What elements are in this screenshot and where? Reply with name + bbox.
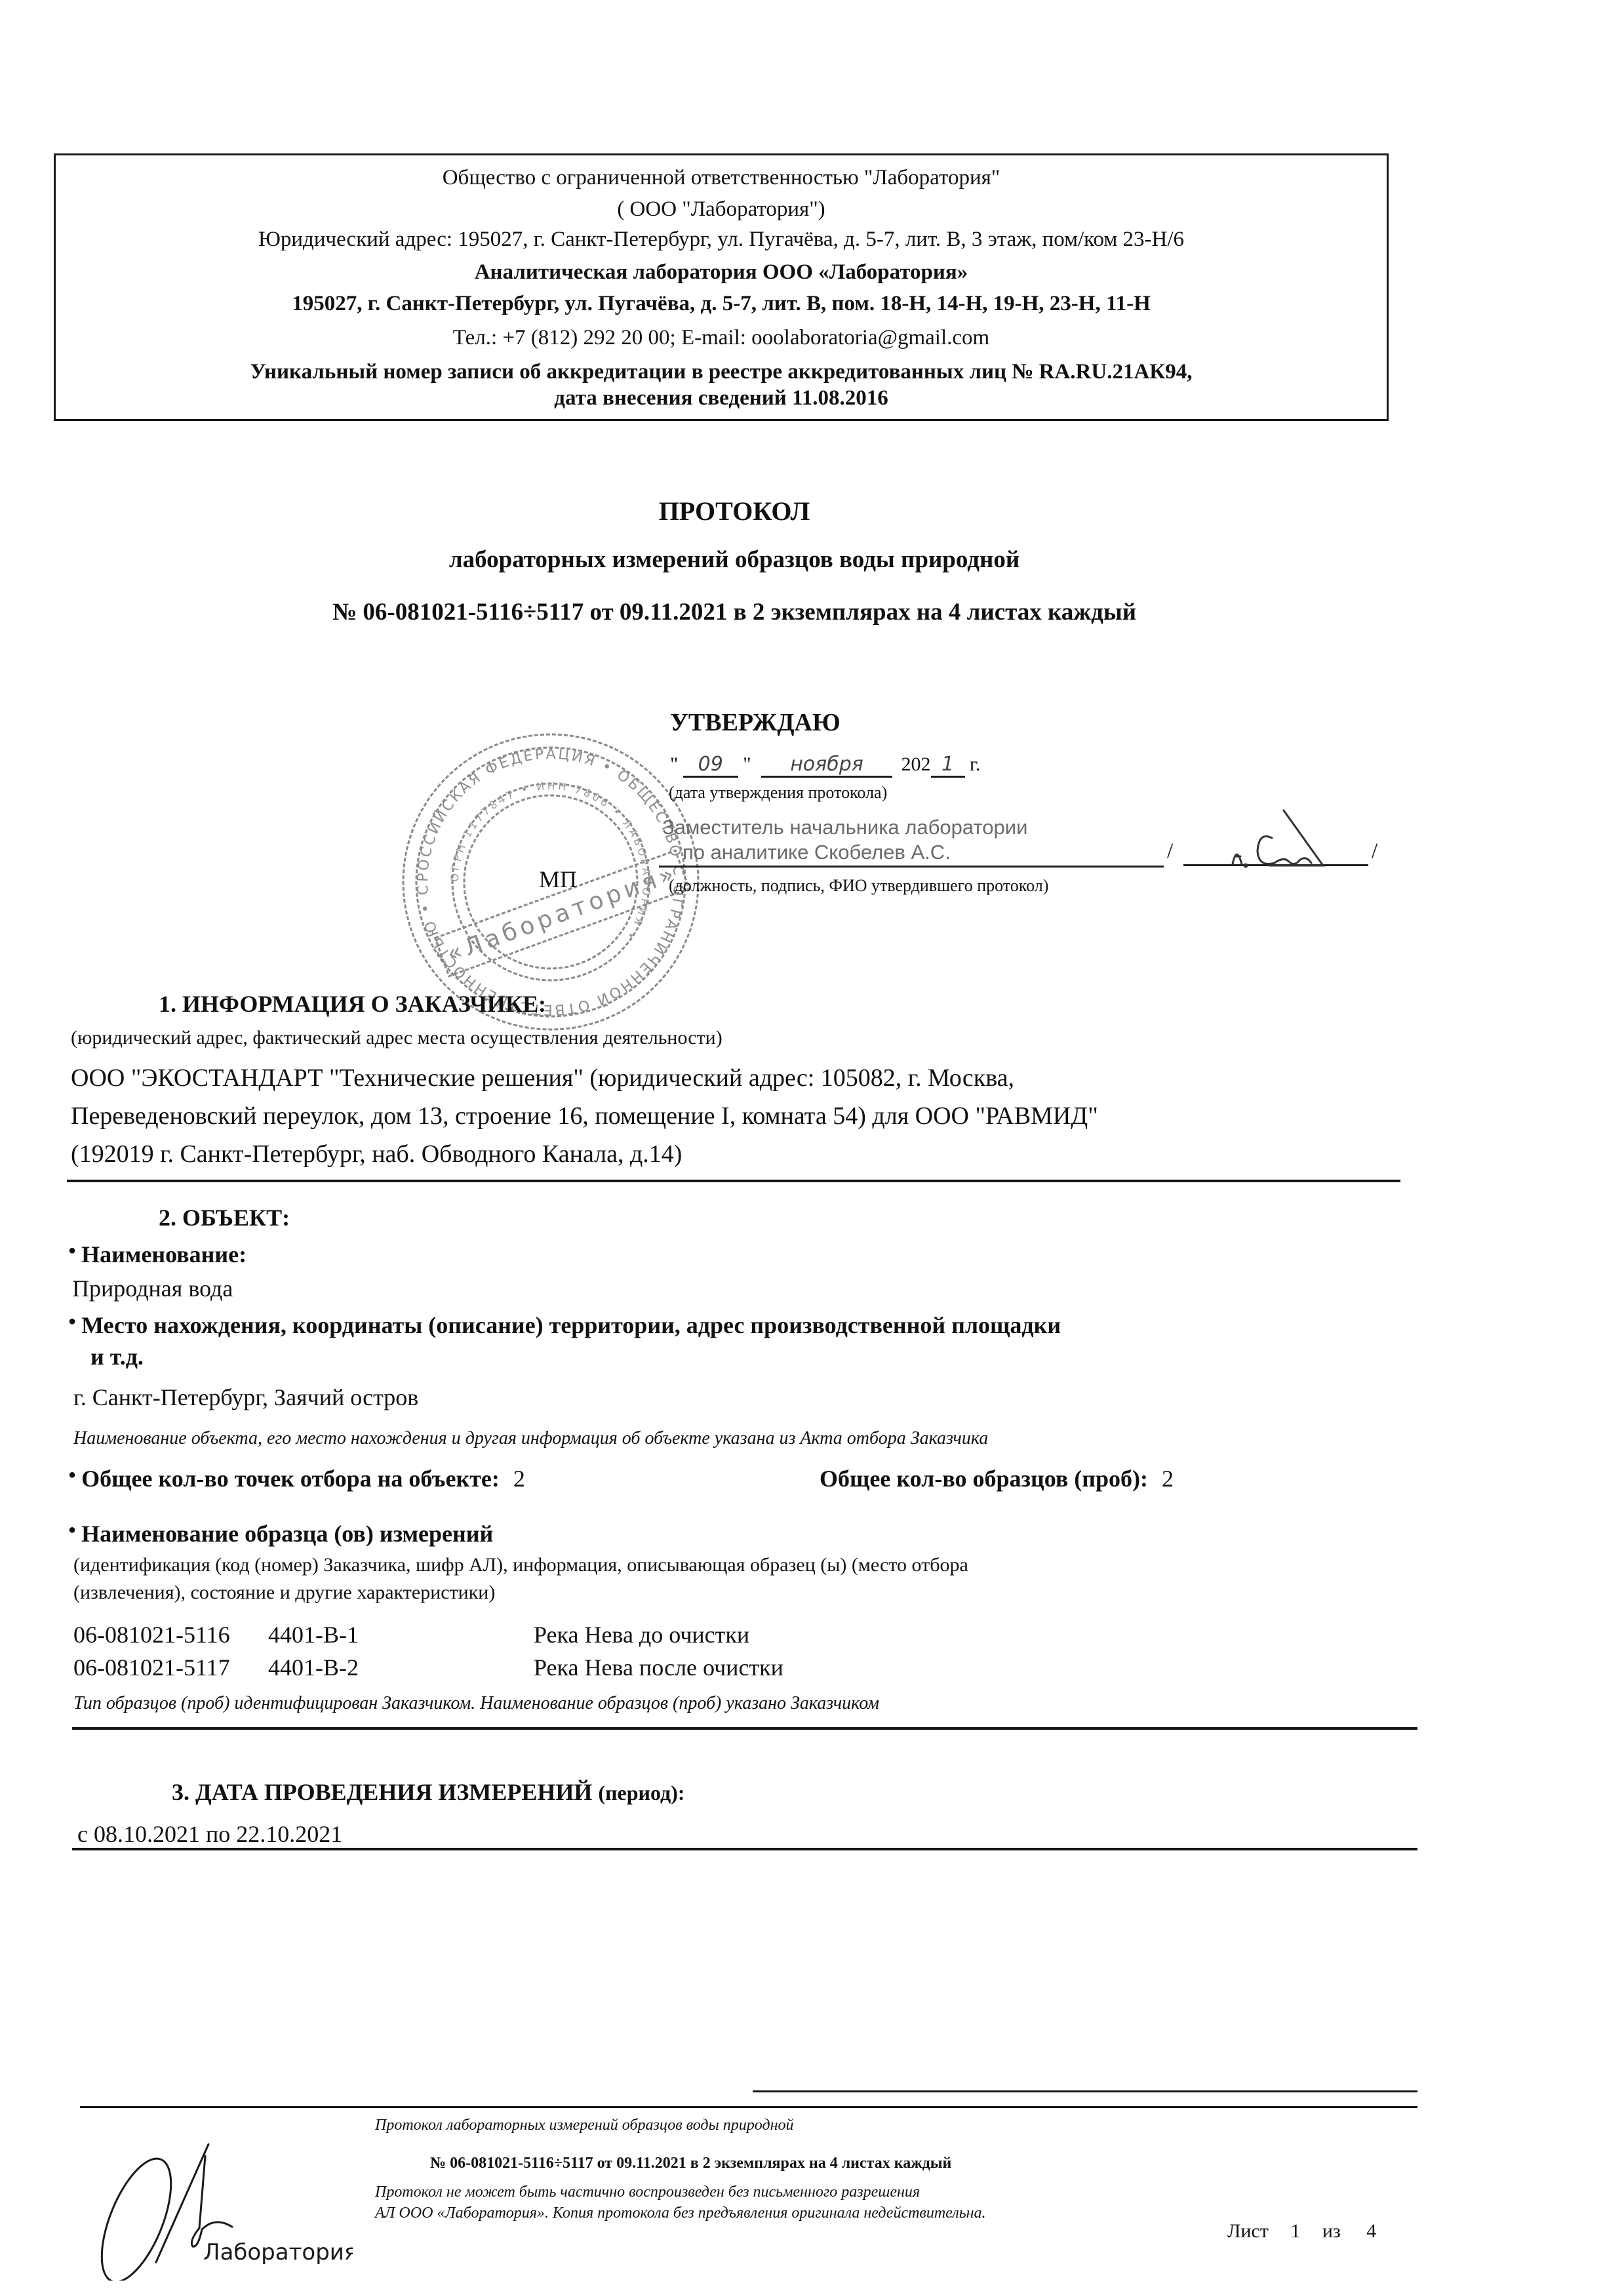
object-name-label: ●Наименование: (68, 1241, 247, 1268)
accreditation-date: дата внесения сведений 11.08.2016 (56, 385, 1387, 411)
approval-day-field: 09 (683, 753, 738, 778)
object-name-value: Природная вода (72, 1275, 233, 1302)
customer-line-3: (192019 г. Санкт-Петербург, наб. Обводно… (71, 1140, 682, 1168)
footer-protocol-title: Протокол лабораторных измерений образцов… (375, 2117, 794, 2134)
org-name: Общество с ограниченной ответственностью… (56, 165, 1387, 191)
section1-heading: 1. ИНФОРМАЦИЯ О ЗАКАЗЧИКЕ: (159, 990, 546, 1018)
customer-line-1: ООО "ЭКОСТАНДАРТ "Технические решения" (… (71, 1064, 1014, 1092)
approval-date-caption: (дата утверждения протокола) (669, 783, 887, 803)
sample-customer-code: 4401-В-1 (268, 1621, 528, 1648)
document-title: ПРОТОКОЛ (0, 496, 1469, 527)
section2-heading: 2. ОБЪЕКТ: (159, 1204, 290, 1231)
sample-description: Река Нева до очистки (534, 1622, 749, 1648)
section1-caption: (юридический адрес, фактический адрес ме… (71, 1027, 723, 1049)
section3-divider (72, 1848, 1417, 1850)
sample-names-label: ●Наименование образца (ов) измерений (68, 1520, 493, 1547)
footer-short-rule (753, 2090, 1417, 2092)
approver-position: Заместитель начальника лаборатории (662, 816, 1027, 839)
object-location-label: ●Место нахождения, координаты (описание)… (68, 1311, 1061, 1339)
customer-line-2: Переведеновский переулок, дом 13, строен… (71, 1102, 1098, 1130)
stamp-placeholder-label: МП (539, 866, 577, 893)
sampling-points-value: 2 (513, 1466, 525, 1492)
document-subtitle: лабораторных измерений образцов воды при… (0, 546, 1469, 574)
sampling-points-row: ●Общее кол-во точек отбора на объекте: 2 (68, 1465, 525, 1492)
laboratory-logo-icon: Лаборатория (77, 2143, 353, 2281)
sample-names-caption-2: (извлечения), состояние и другие характе… (73, 1582, 495, 1604)
sample-row: 06-081021-5117 4401-В-2 Река Нева после … (73, 1654, 783, 1681)
approval-month-field: ноября (761, 753, 892, 778)
page-total: 4 (1366, 2220, 1376, 2242)
section3-heading: 3. ДАТА ПРОВЕДЕНИЯ ИЗМЕРЕНИЙ (период): (172, 1778, 685, 1806)
page-of-label: из (1322, 2220, 1341, 2242)
approval-heading: УТВЕРЖДАЮ (670, 708, 841, 737)
object-location-label-cont: и т.д. (90, 1343, 144, 1370)
footer-copy-notice-2: АЛ ООО «Лаборатория». Копия протокола бе… (375, 2205, 986, 2222)
sample-lab-code: 06-081021-5117 (73, 1654, 262, 1681)
page-label: Лист (1227, 2220, 1269, 2242)
object-info-note: Наименование объекта, его место нахожден… (73, 1428, 988, 1449)
approval-date-line: " 09 " ноября 2021 г. (670, 753, 980, 778)
measurement-period: с 08.10.2021 по 22.10.2021 (77, 1820, 342, 1848)
organization-header-box: Общество с ограниченной ответственностью… (54, 153, 1389, 421)
lab-address: 195027, г. Санкт-Петербург, ул. Пугачёва… (56, 290, 1387, 317)
approval-year-field: 1 (931, 753, 965, 778)
samples-count-label: Общее кол-во образцов (проб): (820, 1466, 1148, 1492)
sample-lab-code: 06-081021-5116 (73, 1621, 262, 1648)
object-location-value: г. Санкт-Петербург, Заячий остров (73, 1384, 418, 1411)
lab-name: Аналитическая лаборатория ООО «Лаборатор… (56, 259, 1387, 285)
sample-description: Река Нева после очистки (534, 1654, 783, 1681)
lab-contacts: Тел.: +7 (812) 292 20 00; E-mail: ooolab… (56, 325, 1387, 351)
section1-divider (67, 1180, 1400, 1182)
sample-names-caption-1: (идентификация (код (номер) Заказчика, ш… (73, 1554, 968, 1576)
org-legal-address: Юридический адрес: 195027, г. Санкт-Пете… (56, 226, 1387, 252)
document-number-line: № 06-081021-5116÷5117 от 09.11.2021 в 2 … (0, 598, 1469, 626)
approver-position-line: по аналитике Скобелев А.С. (659, 838, 1164, 868)
samples-count-value: 2 (1162, 1466, 1174, 1492)
bullet-icon: ● (68, 1243, 76, 1258)
signature-icon (1206, 805, 1337, 877)
signature-caption: (должность, подпись, ФИО утвердившего пр… (669, 876, 1048, 896)
sample-row: 06-081021-5116 4401-В-1 Река Нева до очи… (73, 1621, 749, 1648)
section2-divider (72, 1727, 1417, 1730)
sample-customer-code: 4401-В-2 (268, 1654, 528, 1681)
svg-text:Лаборатория: Лаборатория (203, 2239, 353, 2265)
sampling-points-label: Общее кол-во точек отбора на объекте: (81, 1466, 500, 1492)
page-current: 1 (1290, 2220, 1300, 2242)
bullet-icon: ● (68, 1467, 76, 1482)
approver-name: по аналитике Скобелев А.С. (683, 841, 951, 864)
org-short-name: ( ООО "Лаборатория") (56, 196, 1387, 222)
samples-note: Тип образцов (проб) идентифицирован Зака… (73, 1693, 879, 1714)
footer-protocol-number: № 06-081021-5116÷5117 от 09.11.2021 в 2 … (430, 2155, 951, 2172)
page-indicator: Лист 1 из 4 (1227, 2220, 1376, 2243)
footer-copy-notice-1: Протокол не может быть частично воспроиз… (375, 2184, 920, 2201)
bullet-icon: ● (68, 1314, 76, 1328)
accreditation-number: Уникальный номер записи об аккредитации … (56, 359, 1387, 385)
samples-count-row: Общее кол-во образцов (проб): 2 (820, 1465, 1174, 1492)
footer-rule (80, 2106, 1417, 2108)
bullet-icon: ● (68, 1523, 76, 1537)
